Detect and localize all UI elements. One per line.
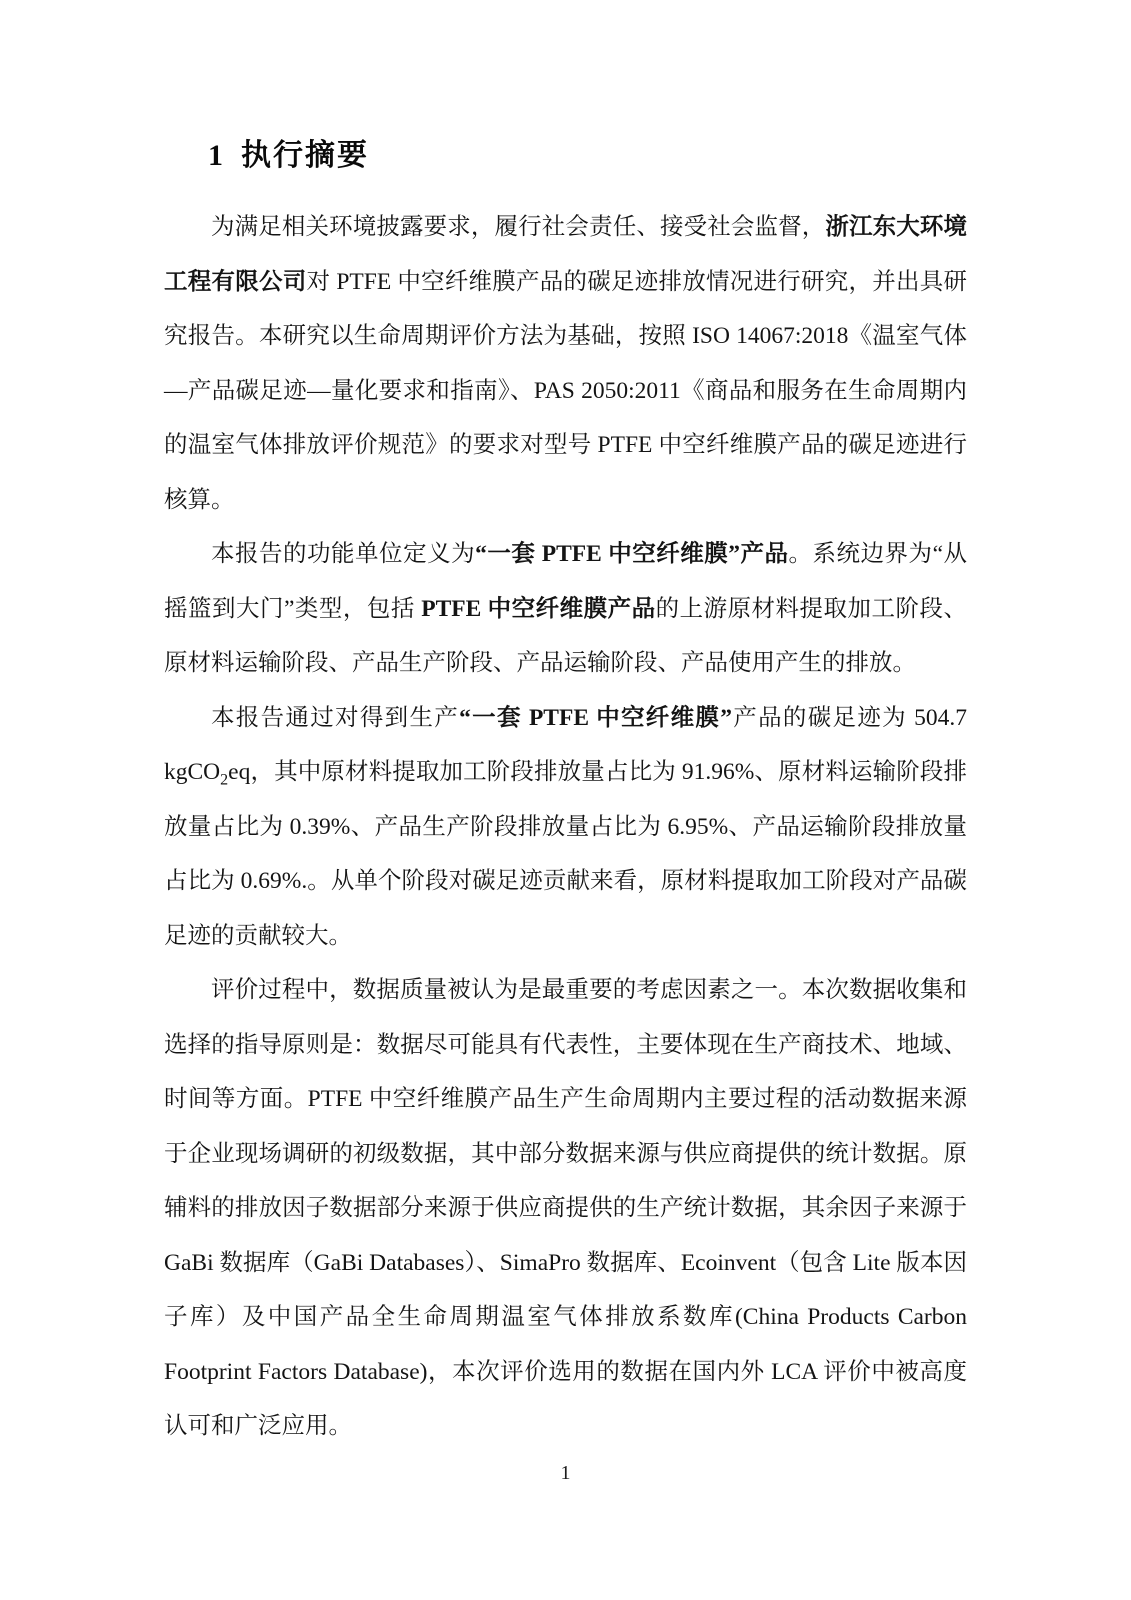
document-page: 1执行摘要 为满足相关环境披露要求，履行社会责任、接受社会监督，浙江东大环境工程… (0, 0, 1131, 1600)
section-heading: 1执行摘要 (208, 130, 967, 174)
page-number: 1 (0, 1462, 1131, 1485)
bold-text-run: PTFE 中空纤维膜产品 (421, 596, 655, 622)
section-number: 1 (208, 139, 223, 172)
bold-text-run: “一套 PTFE 中空纤维膜”产品 (475, 541, 788, 567)
text-run: 为满足相关环境披露要求，履行社会责任、接受社会监督， (211, 214, 825, 240)
section-title: 执行摘要 (241, 139, 369, 172)
text-run: eq，其中原材料提取加工阶段排放量占比为 91.96%、原材料运输阶段排放量占比… (164, 759, 967, 949)
bold-text-run: “一套 PTFE 中空纤维膜” (459, 705, 732, 731)
paragraph: 本报告通过对得到生产“一套 PTFE 中空纤维膜”产品的碳足迹为 504.7 k… (164, 691, 967, 964)
subscript-run: 2 (220, 772, 228, 789)
text-run: 评价过程中，数据质量被认为是最重要的考虑因素之一。本次数据收集和选择的指导原则是… (164, 977, 967, 1439)
text-run: 对 PTFE 中空纤维膜产品的碳足迹排放情况进行研究，并出具研究报告。本研究以生… (164, 269, 967, 513)
paragraph: 本报告的功能单位定义为“一套 PTFE 中空纤维膜”产品。系统边界为“从摇篮到大… (164, 527, 967, 691)
paragraph: 为满足相关环境披露要求，履行社会责任、接受社会监督，浙江东大环境工程有限公司对 … (164, 200, 967, 527)
paragraph: 评价过程中，数据质量被认为是最重要的考虑因素之一。本次数据收集和选择的指导原则是… (164, 963, 967, 1454)
text-run: 本报告通过对得到生产 (211, 705, 459, 731)
text-run: 本报告的功能单位定义为 (211, 541, 475, 567)
paragraphs: 为满足相关环境披露要求，履行社会责任、接受社会监督，浙江东大环境工程有限公司对 … (164, 200, 967, 1454)
page-content: 1执行摘要 为满足相关环境披露要求，履行社会责任、接受社会监督，浙江东大环境工程… (164, 130, 967, 1454)
